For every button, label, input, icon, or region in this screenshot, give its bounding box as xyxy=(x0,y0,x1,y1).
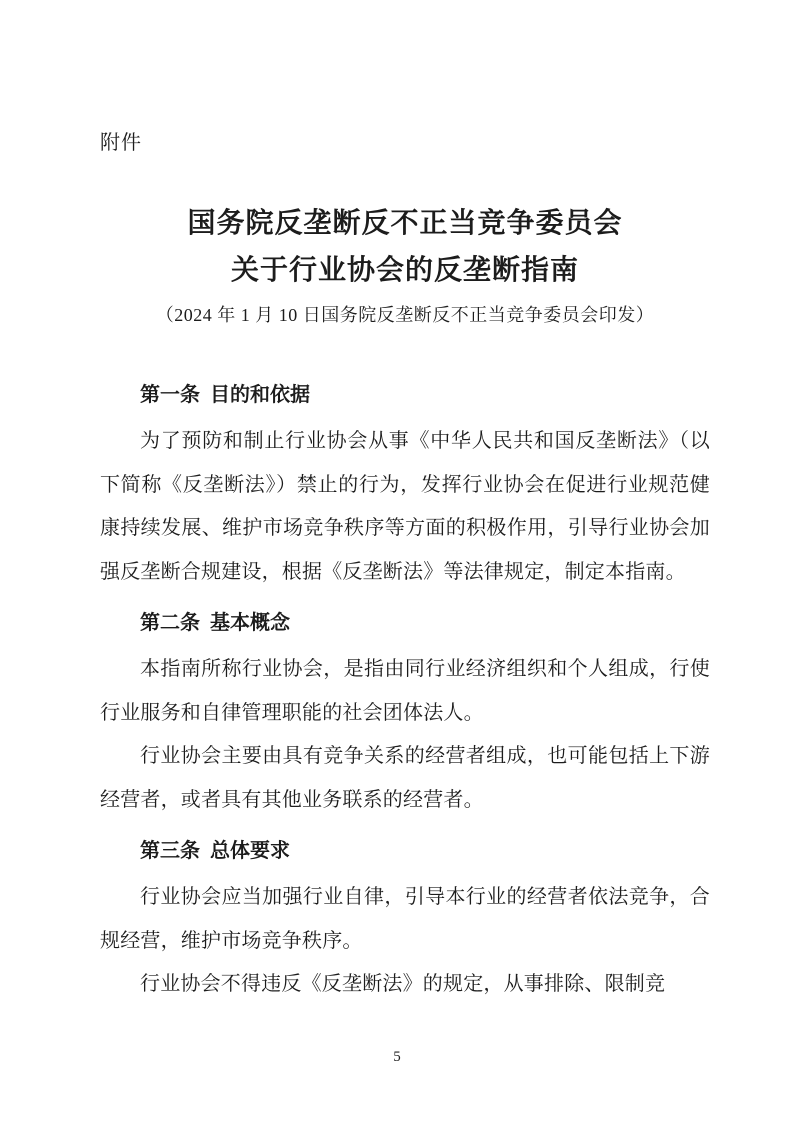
paragraph: 行业协会主要由具有竞争关系的经营者组成，也可能包括上下游经营者，或者具有其他业务… xyxy=(100,735,710,822)
document-title-line2: 关于行业协会的反垄断指南 xyxy=(100,247,710,294)
article-1: 第一条目的和依据 为了预防和制止行业协会从事《中华人民共和国反垄断法》（以下简称… xyxy=(100,380,710,594)
article-2-title: 基本概念 xyxy=(210,612,290,634)
article-2: 第二条基本概念 本指南所称行业协会，是指由同行业经济组织和个人组成，行使行业服务… xyxy=(100,608,710,822)
article-2-body: 本指南所称行业协会，是指由同行业经济组织和个人组成，行使行业服务和自律管理职能的… xyxy=(100,648,710,822)
article-1-number: 第一条 xyxy=(140,384,200,406)
paragraph: 本指南所称行业协会，是指由同行业经济组织和个人组成，行使行业服务和自律管理职能的… xyxy=(100,648,710,735)
article-3-heading: 第三条总体要求 xyxy=(100,836,710,866)
article-1-body: 为了预防和制止行业协会从事《中华人民共和国反垄断法》（以下简称《反垄断法》）禁止… xyxy=(100,420,710,594)
article-1-heading: 第一条目的和依据 xyxy=(100,380,710,410)
page-number: 5 xyxy=(0,1047,794,1067)
paragraph: 行业协会不得违反《反垄断法》的规定，从事排除、限制竞 xyxy=(100,963,710,1007)
document-page: 附件 国务院反垄断反不正当竞争委员会 关于行业协会的反垄断指南 （2024 年 … xyxy=(0,0,794,1123)
issuance-note: （2024 年 1 月 10 日国务院反垄断反不正当竞争委员会印发） xyxy=(100,300,710,330)
article-2-number: 第二条 xyxy=(140,612,200,634)
paragraph: 为了预防和制止行业协会从事《中华人民共和国反垄断法》（以下简称《反垄断法》）禁止… xyxy=(100,420,710,594)
document-content: 附件 国务院反垄断反不正当竞争委员会 关于行业协会的反垄断指南 （2024 年 … xyxy=(0,0,794,1007)
document-title-line1: 国务院反垄断反不正当竞争委员会 xyxy=(100,200,710,247)
attachment-label: 附件 xyxy=(100,130,710,156)
article-3-number: 第三条 xyxy=(140,840,200,862)
document-title: 国务院反垄断反不正当竞争委员会 关于行业协会的反垄断指南 xyxy=(100,200,710,294)
article-2-heading: 第二条基本概念 xyxy=(100,608,710,638)
article-3-title: 总体要求 xyxy=(210,840,290,862)
article-1-title: 目的和依据 xyxy=(210,384,310,406)
article-3: 第三条总体要求 行业协会应当加强行业自律，引导本行业的经营者依法竞争，合规经营，… xyxy=(100,836,710,1007)
article-3-body: 行业协会应当加强行业自律，引导本行业的经营者依法竞争，合规经营，维护市场竞争秩序… xyxy=(100,876,710,1007)
paragraph: 行业协会应当加强行业自律，引导本行业的经营者依法竞争，合规经营，维护市场竞争秩序… xyxy=(100,876,710,963)
